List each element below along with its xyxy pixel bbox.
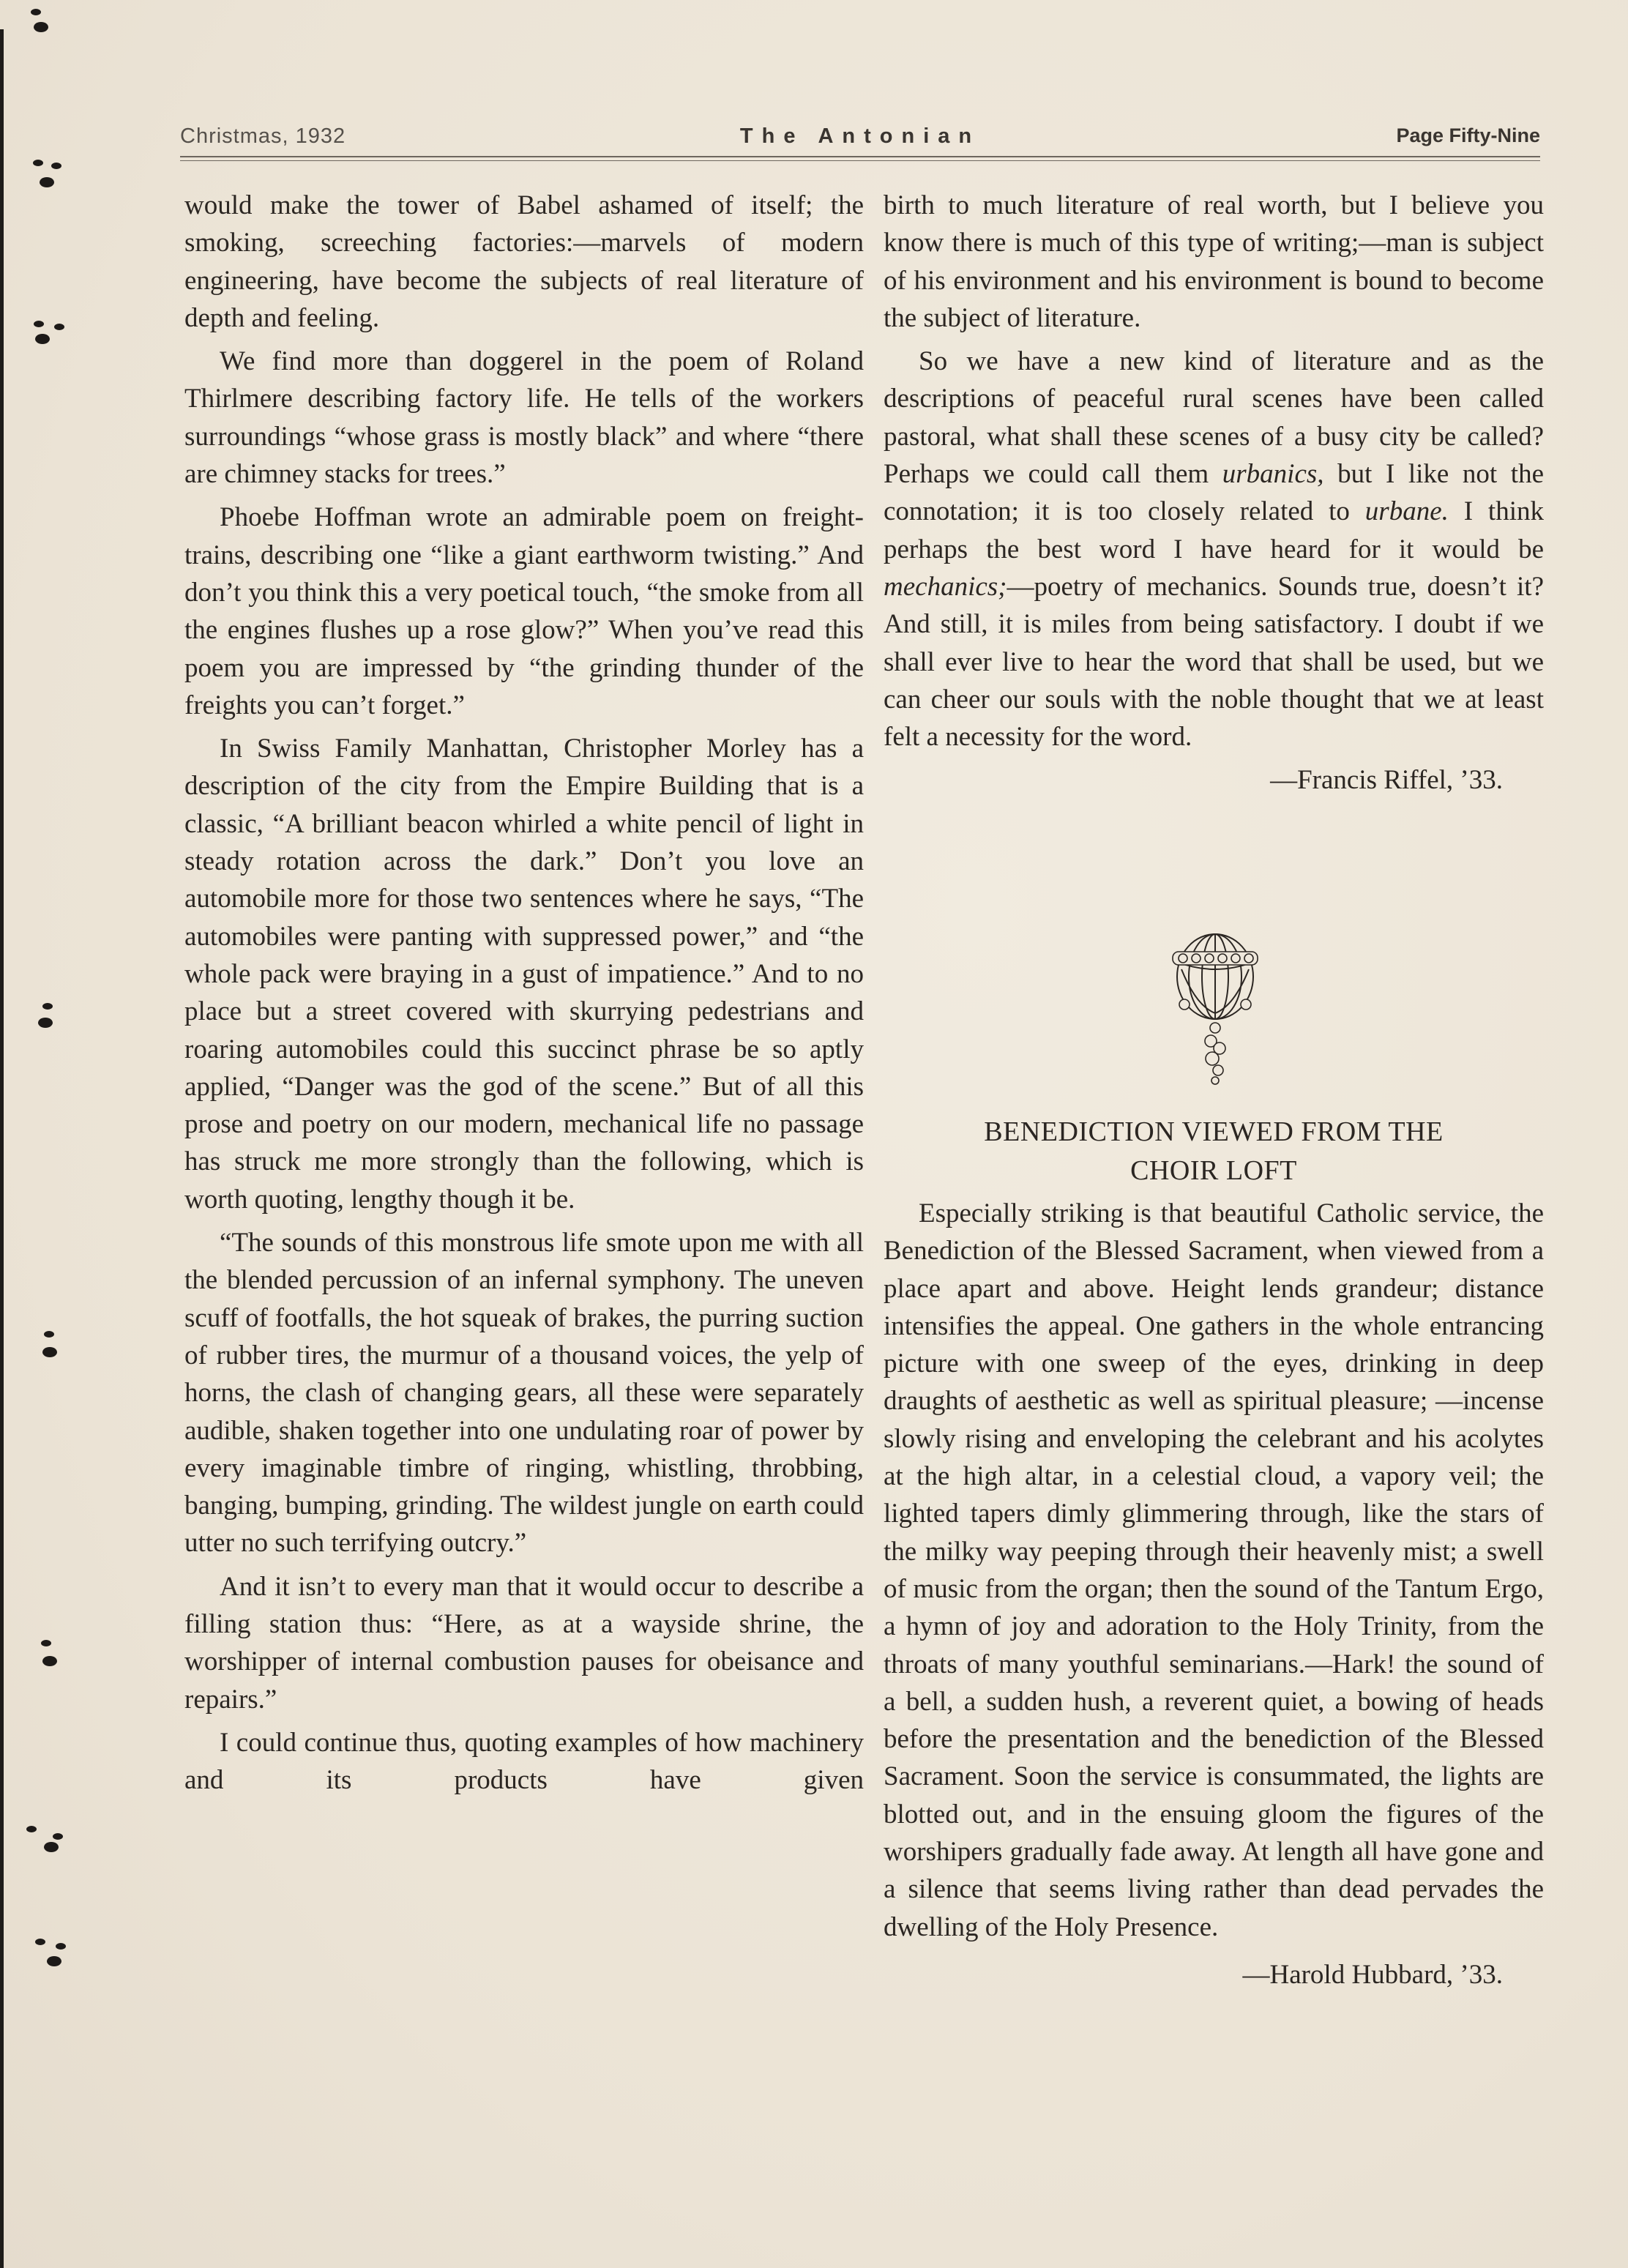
running-head: Christmas, 1932 The Antonian Page Fifty-…: [180, 124, 1540, 154]
paragraph: In Swiss Family Manhattan, Christopher M…: [184, 730, 864, 1218]
binding-hole-icon: [31, 9, 41, 15]
binding-hole-icon: [42, 1003, 53, 1010]
article2-body: Especially striking is that beautiful Ca…: [884, 1195, 1544, 1993]
paragraph: would make the tower of Babel ashamed of…: [184, 187, 864, 337]
binding-hole-icon: [33, 160, 43, 166]
binding-hole-icon: [38, 1018, 53, 1028]
magazine-page: Christmas, 1932 The Antonian Page Fifty-…: [0, 0, 1628, 2268]
binding-hole-icon: [34, 22, 48, 32]
paragraph: Especially striking is that beautiful Ca…: [884, 1195, 1544, 1946]
binding-hole-icon: [47, 1956, 61, 1966]
binding-hole-icon: [42, 1656, 57, 1666]
binding-hole-icon: [56, 1943, 66, 1950]
title-line: BENEDICTION VIEWED FROM THE: [884, 1113, 1544, 1152]
paragraph: birth to much literature of real worth, …: [884, 187, 1544, 337]
binding-edge: [0, 29, 4, 2268]
italic-term: mechanics;: [884, 572, 1007, 602]
article-left-column: would make the tower of Babel ashamed of…: [184, 187, 864, 1799]
article-right-column: birth to much literature of real worth, …: [884, 187, 1544, 799]
binding-hole-icon: [41, 1640, 51, 1646]
binding-hole-icon: [44, 1331, 54, 1338]
binding-hole-icon: [54, 324, 64, 330]
italic-term: urbane.: [1365, 496, 1449, 526]
paragraph: So we have a new kind of literature and …: [884, 343, 1544, 756]
title-line: CHOIR LOFT: [884, 1152, 1544, 1190]
author-signature: —Francis Riffel, ’33.: [884, 761, 1503, 799]
publication-title: The Antonian: [180, 124, 1540, 149]
paragraph: And it isn’t to every man that it would …: [184, 1568, 864, 1718]
binding-hole-icon: [35, 334, 50, 344]
header-rule: [180, 160, 1540, 161]
italic-term: urbanics,: [1222, 459, 1324, 489]
binding-hole-icon: [34, 321, 44, 327]
binding-hole-icon: [42, 1347, 57, 1357]
author-signature: —Harold Hubbard, ’33.: [884, 1956, 1503, 1993]
paragraph: Phoebe Hoffman wrote an admirable poem o…: [184, 499, 864, 724]
binding-hole-icon: [51, 163, 61, 169]
article-title: BENEDICTION VIEWED FROM THE CHOIR LOFT: [884, 1113, 1544, 1190]
header-rule: [180, 156, 1540, 157]
floral-globe-ornament-icon: [1167, 925, 1263, 1086]
binding-hole-icon: [35, 1939, 45, 1945]
paragraph: I could continue thus, quoting examples …: [184, 1724, 864, 1799]
paragraph: We find more than doggerel in the poem o…: [184, 343, 864, 493]
binding-hole-icon: [44, 1842, 59, 1852]
binding-hole-icon: [40, 177, 54, 187]
page-number: Page Fifty-Nine: [1396, 124, 1540, 147]
binding-hole-icon: [26, 1826, 37, 1832]
paragraph: “The sounds of this monstrous life smote…: [184, 1224, 864, 1562]
binding-hole-icon: [53, 1833, 63, 1840]
